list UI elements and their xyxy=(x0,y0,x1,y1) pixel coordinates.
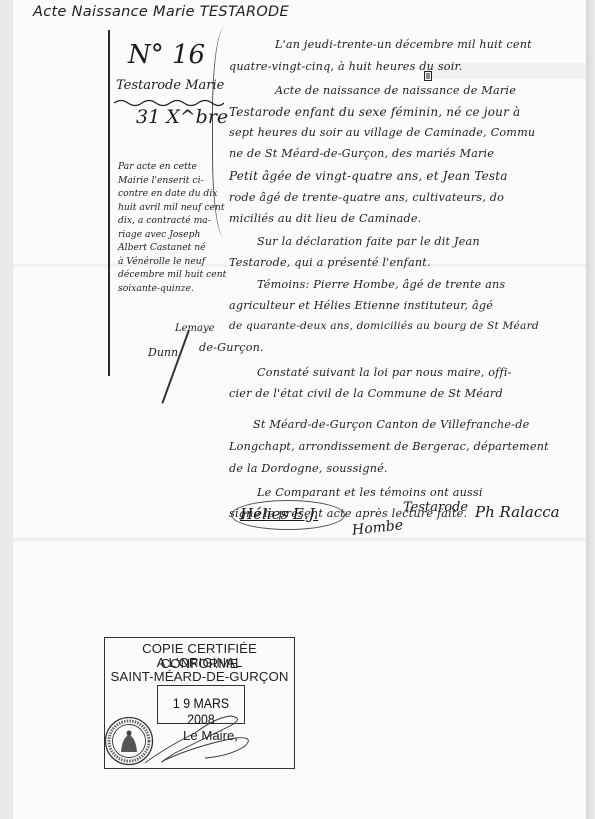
body-line: L'an jeudi-trente-un décembre mil huit c… xyxy=(275,38,532,51)
margin-note-line: dix, a contracté ma- xyxy=(118,214,222,228)
signature-testarode: Testarode xyxy=(403,500,468,515)
body-line: Sur la déclaration faite par le dit Jean xyxy=(257,235,480,248)
cursor-icon xyxy=(424,71,432,81)
margin-rule xyxy=(108,30,110,376)
margin-note-line: contre en date du dix xyxy=(118,187,222,201)
margin-initials: Dunn xyxy=(148,346,178,359)
body-line: sept heures du soir au village de Camina… xyxy=(229,126,535,139)
body-line: Longchapt, arrondissement de Bergerac, d… xyxy=(229,440,549,453)
body-line: Testarode enfant du sexe féminin, né ce … xyxy=(229,105,520,119)
body-line: Témoins: Pierre Hombe, âgé de trente ans xyxy=(257,278,505,291)
stamp-signatory: Le Maire, xyxy=(183,728,238,743)
margin-note-line: huit avril mil neuf cent xyxy=(118,201,222,215)
certification-stamp: COPIE CERTIFIÉE CONFORME A L'ORIGINAL SA… xyxy=(104,637,295,769)
signature-helies: Hélies E.J. xyxy=(240,505,318,523)
margin-annotation: Par acte en cette Mairie l'enserit ci- c… xyxy=(118,160,222,295)
fold-line-lower xyxy=(13,537,586,542)
body-line: Constaté suivant la loi par nous maire, … xyxy=(257,366,512,379)
paper-edge-shadow xyxy=(586,0,595,819)
body-line: cier de l'état civil de la Commune de St… xyxy=(229,387,503,400)
register-number: N° 16 xyxy=(128,40,205,70)
margin-note-line: Albert Castanet né xyxy=(118,241,222,255)
body-line: Petit âgée de vingt-quatre ans, et Jean … xyxy=(229,169,508,183)
header-annotation: Acte Naissance Marie TESTARODE xyxy=(33,4,289,20)
stamp-line-2: A L'ORIGINAL xyxy=(105,655,294,670)
margin-note-line: décembre mil huit cent xyxy=(118,268,222,282)
register-date: 31 X^bre xyxy=(136,106,228,128)
margin-note-line: riage avec Joseph xyxy=(118,228,222,242)
body-line: Testarode, qui a présenté l'enfant. xyxy=(229,256,431,269)
stamp-line-3: SAINT-MÉARD-DE-GURÇON xyxy=(105,669,294,684)
margin-note-line: à Vénérolle le neuf xyxy=(118,255,222,269)
body-line: de quarante-deux ans, domiciliés au bour… xyxy=(229,320,539,332)
body-line: de-Gurçon. xyxy=(199,341,264,354)
margin-note-line: soixante-quinze. xyxy=(118,282,222,296)
signature-mayor: Ph Ralacca xyxy=(475,503,560,521)
document-page xyxy=(13,0,590,819)
body-line: agriculteur et Hélies Etienne instituteu… xyxy=(229,299,493,312)
body-line: rode âgé de trente-quatre ans, cultivate… xyxy=(229,191,504,204)
body-line: Acte de naissance de naissance de Marie xyxy=(275,84,516,97)
margin-note-line: Mairie l'enserit ci- xyxy=(118,174,222,188)
body-line: St Méard-de-Gurçon Canton de Villefranch… xyxy=(253,418,529,431)
register-name: Testarode Marie xyxy=(116,78,224,93)
margin-note-line: Par acte en cette xyxy=(118,160,222,174)
margin-signature: Lemaye xyxy=(175,323,215,334)
body-line: miciliés au dit lieu de Caminade. xyxy=(229,212,421,225)
body-line: Le Comparant et les témoins ont aussi xyxy=(257,486,483,499)
body-line: ne de St Méard-de-Gurçon, des mariés Mar… xyxy=(229,147,494,160)
body-line: de la Dordogne, soussigné. xyxy=(229,462,388,475)
